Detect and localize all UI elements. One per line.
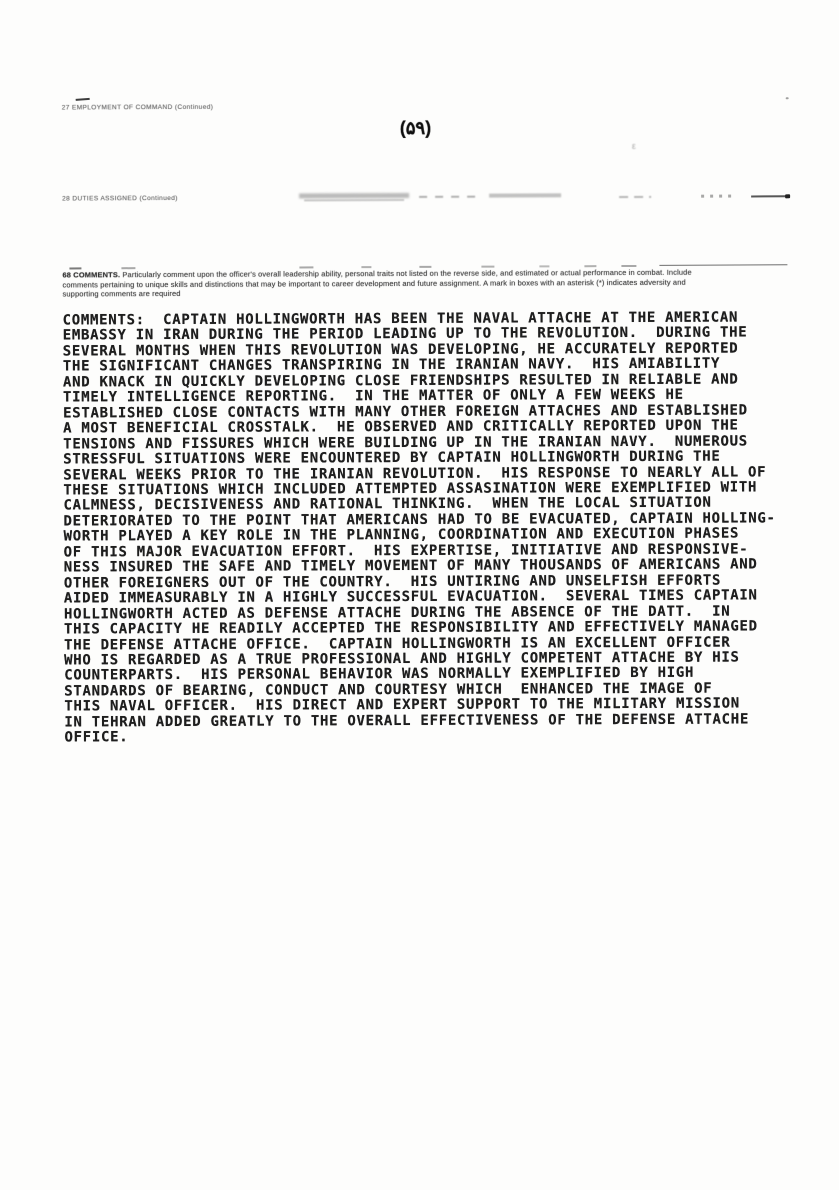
scan-artifact bbox=[299, 193, 409, 198]
scan-artifact bbox=[785, 194, 790, 198]
scan-artifact bbox=[299, 266, 313, 268]
scan-artifact bbox=[304, 199, 404, 201]
form-block-68-instructions: 68 COMMENTS. Particularly comment upon t… bbox=[62, 267, 790, 299]
scan-artifact bbox=[419, 266, 431, 268]
scan-artifact bbox=[69, 267, 81, 269]
scan-artifact bbox=[701, 195, 731, 198]
scan-artifact bbox=[621, 265, 636, 267]
scan-artifact bbox=[659, 264, 787, 266]
comments-narrative-text: COMMENTS: CAPTAIN HOLLINGWORTH HAS BEEN … bbox=[63, 310, 805, 746]
scan-artifact bbox=[489, 193, 561, 197]
form-block-68-label: 68 COMMENTS. bbox=[62, 270, 120, 279]
scan-artifact bbox=[361, 266, 371, 268]
scan-artifact bbox=[786, 97, 789, 99]
scan-artifact bbox=[584, 265, 596, 267]
scan-artifact bbox=[419, 196, 477, 198]
form-block-68-instructions-line2: comments pertaining to unique skills and… bbox=[62, 277, 685, 289]
scan-artifact bbox=[751, 195, 787, 197]
form-block-68-instructions-line3: supporting comments are required bbox=[63, 289, 181, 299]
scanned-document-page: 27 EMPLOYMENT OF COMMAND (Continued) (۵۹… bbox=[0, 0, 839, 1190]
scan-content: 27 EMPLOYMENT OF COMMAND (Continued) (۵۹… bbox=[0, 0, 839, 1190]
form-block-28-label: 28 DUTIES ASSIGNED (Continued) bbox=[62, 195, 178, 203]
stray-pen-mark: ε bbox=[632, 141, 636, 151]
form-block-27-label: 27 EMPLOYMENT OF COMMAND (Continued) bbox=[62, 104, 214, 112]
scan-artifact bbox=[481, 266, 494, 268]
scan-artifact bbox=[121, 267, 135, 269]
handwritten-page-number: (۵۹) bbox=[400, 118, 431, 139]
scan-artifact bbox=[619, 196, 651, 198]
scan-artifact bbox=[76, 98, 90, 101]
scan-artifact bbox=[539, 265, 549, 267]
